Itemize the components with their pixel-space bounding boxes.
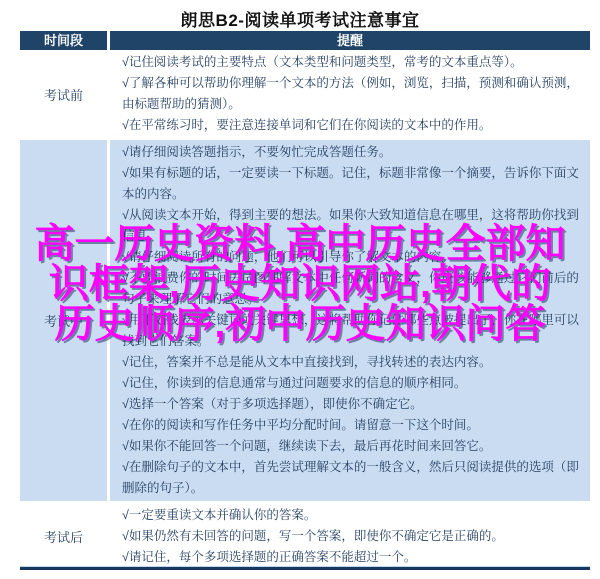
reminder-item: √请仔细阅读所有的问题，他们可以引导你了解文本的内容。 [122, 247, 584, 268]
reminder-item: √如果仍然有未回答的问题，写一个答案，即使你不确定它是正确的。 [122, 526, 584, 547]
reminder-item: √记住，你读到的信息通常与通过问题要求的信息的顺序相同。 [122, 373, 584, 394]
page-title: 朗思B2-阅读单项考试注意事宜 [0, 0, 600, 25]
row-label-after-exam: 考试后 [20, 503, 110, 570]
notice-table: 时间段 提醒 考试前 √记住阅读考试的主要特点（文本类型和问题类型，常考的文本重… [20, 31, 590, 572]
table-row-during-exam: 考试中 √请仔细阅读答题指示，不要匆忙完成答题任务。 √如果有标题的话，一定要读… [20, 140, 590, 503]
reminder-item: √请记住，每个多项选择题的正确答案不能超过一个。 [122, 547, 584, 568]
reminder-item: √如果有标题的话，一定要读一下标题。记住，标题非常像一个摘要，告诉你下面文本的内… [122, 163, 584, 205]
table-bottom-rule [20, 566, 590, 570]
reminder-item: √用下划线表示关键词或关键思想，这将帮助你记住哪些点被提出了，你在哪里可以找到它… [122, 310, 584, 352]
reminder-item: √不要浪费你的时间去试图理解文本中任何新词的含义，你应该能够通过它们前后的句子来… [122, 268, 584, 310]
reminder-item: √一定要重读文本并确认你的答案。 [122, 505, 584, 526]
row-content-before-exam: √记住阅读考试的主要特点（文本类型和问题类型，常考的文本重点等）。 √了解各种可… [110, 50, 590, 138]
header-reminder: 提醒 [110, 31, 590, 50]
reminder-item: √记住阅读考试的主要特点（文本类型和问题类型，常考的文本重点等）。 [122, 52, 584, 73]
header-time-period: 时间段 [20, 31, 110, 50]
row-label-during-exam: 考试中 [20, 140, 110, 501]
reminder-item: √了解各种可以帮助你理解一个文本的方法（例如，浏览，扫描，预测和确认预测，由标题… [122, 73, 584, 115]
reminder-item: √记住，答案并不总是能从文本中直接找到，寻找转述的表达内容。 [122, 352, 584, 373]
reminder-item: √选择一个答案（对于多项选择题），即使你不确定它。 [122, 394, 584, 415]
row-content-after-exam: √一定要重读文本并确认你的答案。 √如果仍然有未回答的问题，写一个答案，即使你不… [110, 503, 590, 570]
table-row-before-exam: 考试前 √记住阅读考试的主要特点（文本类型和问题类型，常考的文本重点等）。 √了… [20, 50, 590, 140]
reminder-item: √如果你不能回答一个问题，继续读下去，最后再花时间来回答它。 [122, 436, 584, 457]
row-content-during-exam: √请仔细阅读答题指示，不要匆忙完成答题任务。 √如果有标题的话，一定要读一下标题… [110, 140, 590, 501]
table-row-after-exam: 考试后 √一定要重读文本并确认你的答案。 √如果仍然有未回答的问题，写一个答案，… [20, 503, 590, 572]
reminder-item: √请仔细阅读答题指示，不要匆忙完成答题任务。 [122, 142, 584, 163]
reminder-item: √从阅读文本开始，得到主要的想法。如果你大致知道信息在哪里，这将帮助你找到信息。 [122, 205, 584, 247]
reminder-item: √在删除句子的文本中，首先尝试理解文本的一般含义，然后只阅读提供的选项（即删除的… [122, 457, 584, 499]
row-label-before-exam: 考试前 [20, 50, 110, 138]
reminder-item: √在平常练习时，要注意连接单词和它们在你阅读的文本中的作用。 [122, 115, 584, 136]
table-header-row: 时间段 提醒 [20, 31, 590, 50]
reminder-item: √在你的阅读和写作任务中平均分配时间。请留意一下这个时间。 [122, 415, 584, 436]
